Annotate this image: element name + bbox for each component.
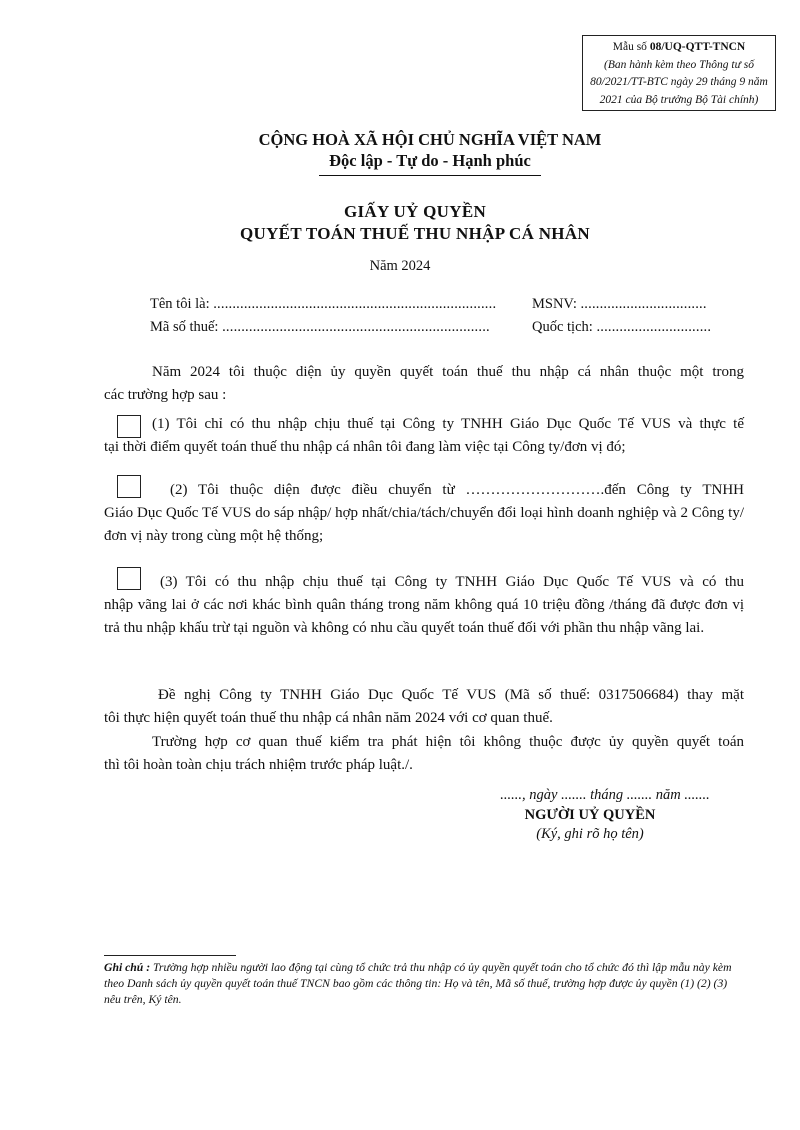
signature-instruction: (Ký, ghi rõ họ tên) bbox=[470, 826, 710, 843]
form-legal-basis-3: 2021 của Bộ trưởng Bộ Tài chính) bbox=[583, 92, 775, 110]
msnv-label: MSNV: bbox=[532, 296, 580, 312]
signature-date-line[interactable]: ......, ngày ....... tháng ....... năm .… bbox=[470, 787, 740, 804]
nationality-label: Quốc tịch: bbox=[532, 319, 596, 335]
form-code: 08/UQ-QTT-TNCN bbox=[650, 41, 745, 53]
option-2: (2) Tôi thuộc diện được điều chuyển từ …… bbox=[104, 479, 744, 548]
footnote-label: Ghi chú : bbox=[104, 961, 150, 974]
footnote-text: Trường hợp nhiều người lao động tại cùng… bbox=[104, 961, 732, 1006]
msnv-field[interactable]: MSNV: ................................. bbox=[532, 296, 707, 313]
commitment-paragraph: Trường hợp cơ quan thuế kiểm tra phát hi… bbox=[104, 731, 744, 777]
request-line-2: tôi thực hiện quyết toán thuế thu nhập c… bbox=[104, 707, 744, 730]
request-paragraph: Đề nghị Công ty TNHH Giáo Dục Quốc Tế VU… bbox=[104, 684, 744, 730]
intro-line-2: các trường hợp sau : bbox=[104, 384, 744, 407]
intro-line-1: Năm 2024 tôi thuộc diện ủy quyền quyết t… bbox=[104, 361, 744, 384]
name-field[interactable]: Tên tôi là: ............................… bbox=[150, 296, 496, 313]
signature-role: NGƯỜI UỶ QUYỀN bbox=[470, 807, 710, 824]
document-title: GIẤY UỶ QUYỀN bbox=[0, 202, 800, 222]
option-2-line-1: (2) Tôi thuộc diện được điều chuyển từ …… bbox=[104, 479, 744, 502]
nationality-field[interactable]: Quốc tịch: .............................… bbox=[532, 319, 711, 336]
motto: Độc lập - Tự do - Hạnh phúc bbox=[0, 151, 800, 171]
option-3: (3) Tôi có thu nhập chịu thuế tại Công t… bbox=[104, 571, 744, 640]
form-code-box: Mẫu số 08/UQ-QTT-TNCN (Ban hành kèm theo… bbox=[582, 35, 776, 111]
form-code-line: Mẫu số 08/UQ-QTT-TNCN bbox=[583, 39, 775, 57]
option-1-line-1: (1) Tôi chỉ có thu nhập chịu thuế tại Cô… bbox=[104, 413, 744, 436]
option-3-line-1: (3) Tôi có thu nhập chịu thuế tại Công t… bbox=[104, 571, 744, 594]
option-2-text: Giáo Dục Quốc Tế VUS do sáp nhập/ hợp nh… bbox=[104, 502, 744, 548]
tax-code-field[interactable]: Mã số thuế: ............................… bbox=[150, 319, 490, 336]
request-line-1: Đề nghị Công ty TNHH Giáo Dục Quốc Tế VU… bbox=[104, 684, 744, 707]
name-label: Tên tôi là: bbox=[150, 296, 213, 312]
tax-code-label: Mã số thuế: bbox=[150, 319, 222, 335]
form-legal-basis-1: (Ban hành kèm theo Thông tư số bbox=[583, 57, 775, 75]
document-year: Năm 2024 bbox=[0, 258, 800, 275]
nation-heading: CỘNG HOÀ XÃ HỘI CHỦ NGHĨA VIỆT NAM bbox=[0, 130, 800, 150]
commitment-line-2: thì tôi hoàn toàn chịu trách nhiệm trước… bbox=[104, 754, 744, 777]
option-1-text: tại thời điểm quyết toán thuế thu nhập c… bbox=[104, 436, 744, 459]
option-1: (1) Tôi chỉ có thu nhập chịu thuế tại Cô… bbox=[104, 413, 744, 459]
motto-underline bbox=[319, 175, 541, 176]
footnote-separator bbox=[104, 955, 236, 956]
form-code-label: Mẫu số bbox=[613, 41, 647, 53]
option-3-text: nhập vãng lai ở các nơi khác bình quân t… bbox=[104, 594, 744, 640]
document-subtitle: QUYẾT TOÁN THUẾ THU NHẬP CÁ NHÂN bbox=[0, 224, 800, 244]
form-legal-basis-2: 80/2021/TT-BTC ngày 29 tháng 9 năm bbox=[583, 74, 775, 92]
intro-paragraph: Năm 2024 tôi thuộc diện ủy quyền quyết t… bbox=[104, 361, 744, 407]
commitment-line-1: Trường hợp cơ quan thuế kiểm tra phát hi… bbox=[104, 731, 744, 754]
name-blank[interactable]: ........................................… bbox=[213, 296, 496, 312]
nationality-blank[interactable]: .............................. bbox=[596, 319, 711, 335]
msnv-blank[interactable]: ................................. bbox=[580, 296, 706, 312]
tax-code-blank[interactable]: ........................................… bbox=[222, 319, 490, 335]
footnote: Ghi chú : Trường hợp nhiều người lao độn… bbox=[104, 960, 744, 1008]
